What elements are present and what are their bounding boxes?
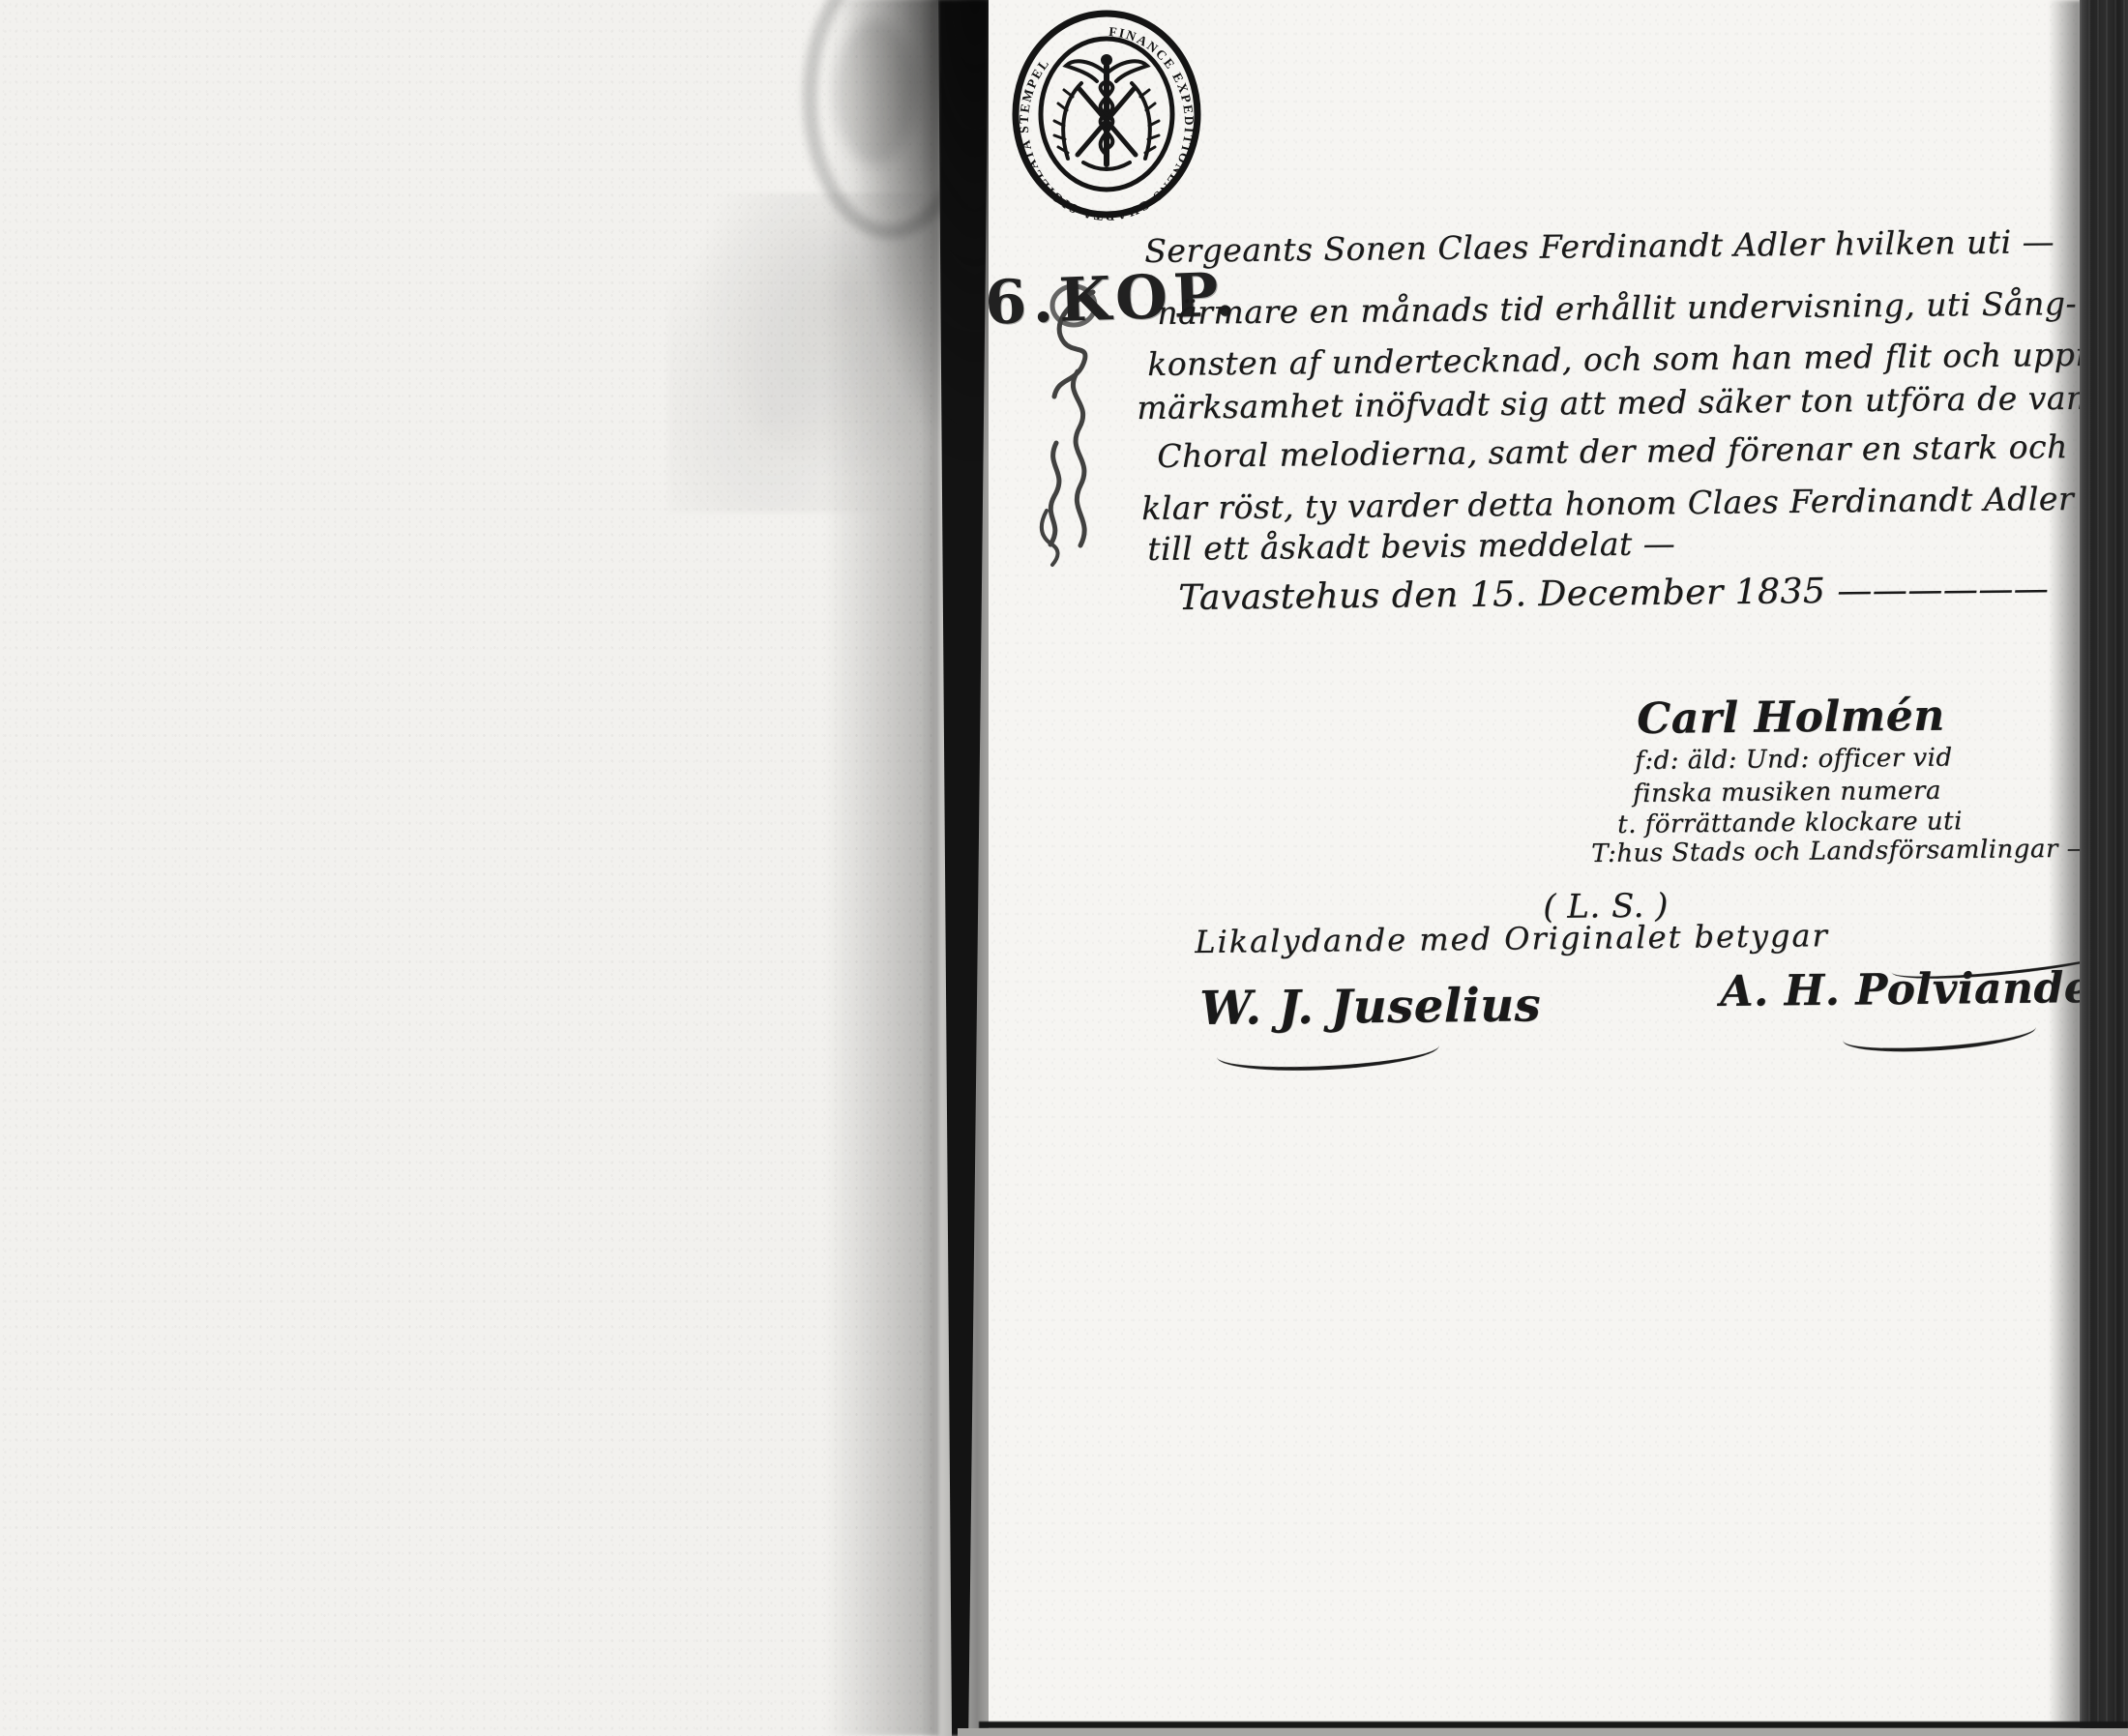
signer-name: Carl Holmén	[1637, 691, 1945, 744]
witness-signature-left: W. J. Juselius	[1199, 978, 1541, 1036]
caduceus-icon	[1066, 54, 1147, 164]
margin-annotation-handwriting	[1018, 279, 1124, 569]
signer-title-4: T:hus Stads och Landsförsamlingar ———	[1591, 834, 2128, 868]
attestation-line: Likalydande med Originalet betygar	[1195, 917, 1829, 960]
scanned-document: FINANCE EXPEDITIONENS CHARTA SIGILLATA S…	[0, 0, 2128, 1736]
scan-edge-band	[2080, 0, 2128, 1736]
right-edge-fade	[2049, 0, 2082, 1736]
scan-bottom-strip	[958, 1728, 2128, 1736]
page-bottom-edge	[979, 1721, 2128, 1728]
left-page	[0, 0, 936, 1736]
signer-title-3: t. förrättande klockare uti	[1617, 807, 1963, 839]
body-line-7: till ett åskadt bevis meddelat —	[1147, 524, 1675, 568]
signer-title-2: finska musiken numera	[1633, 777, 1941, 809]
signer-title-1: f:d: äld: Und: officer vid	[1635, 744, 1953, 776]
revenue-stamp-seal: FINANCE EXPEDITIONENS CHARTA SIGILLATA S…	[1010, 8, 1203, 221]
